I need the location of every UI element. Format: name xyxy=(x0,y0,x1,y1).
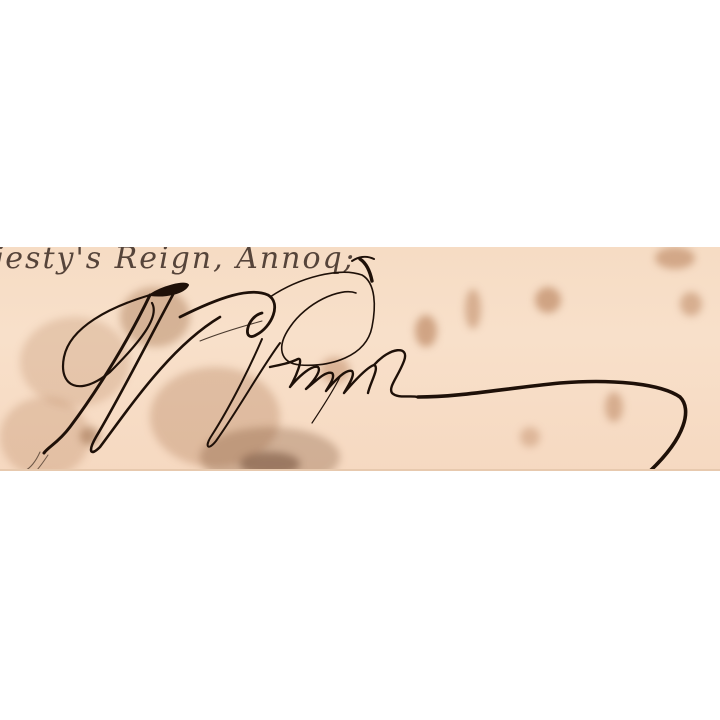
document-fragment: jesty's Reign, Annoq; xyxy=(0,247,720,471)
paper-edge xyxy=(0,469,720,471)
signature xyxy=(0,247,720,471)
image-canvas: jesty's Reign, Annoq; xyxy=(0,0,720,720)
